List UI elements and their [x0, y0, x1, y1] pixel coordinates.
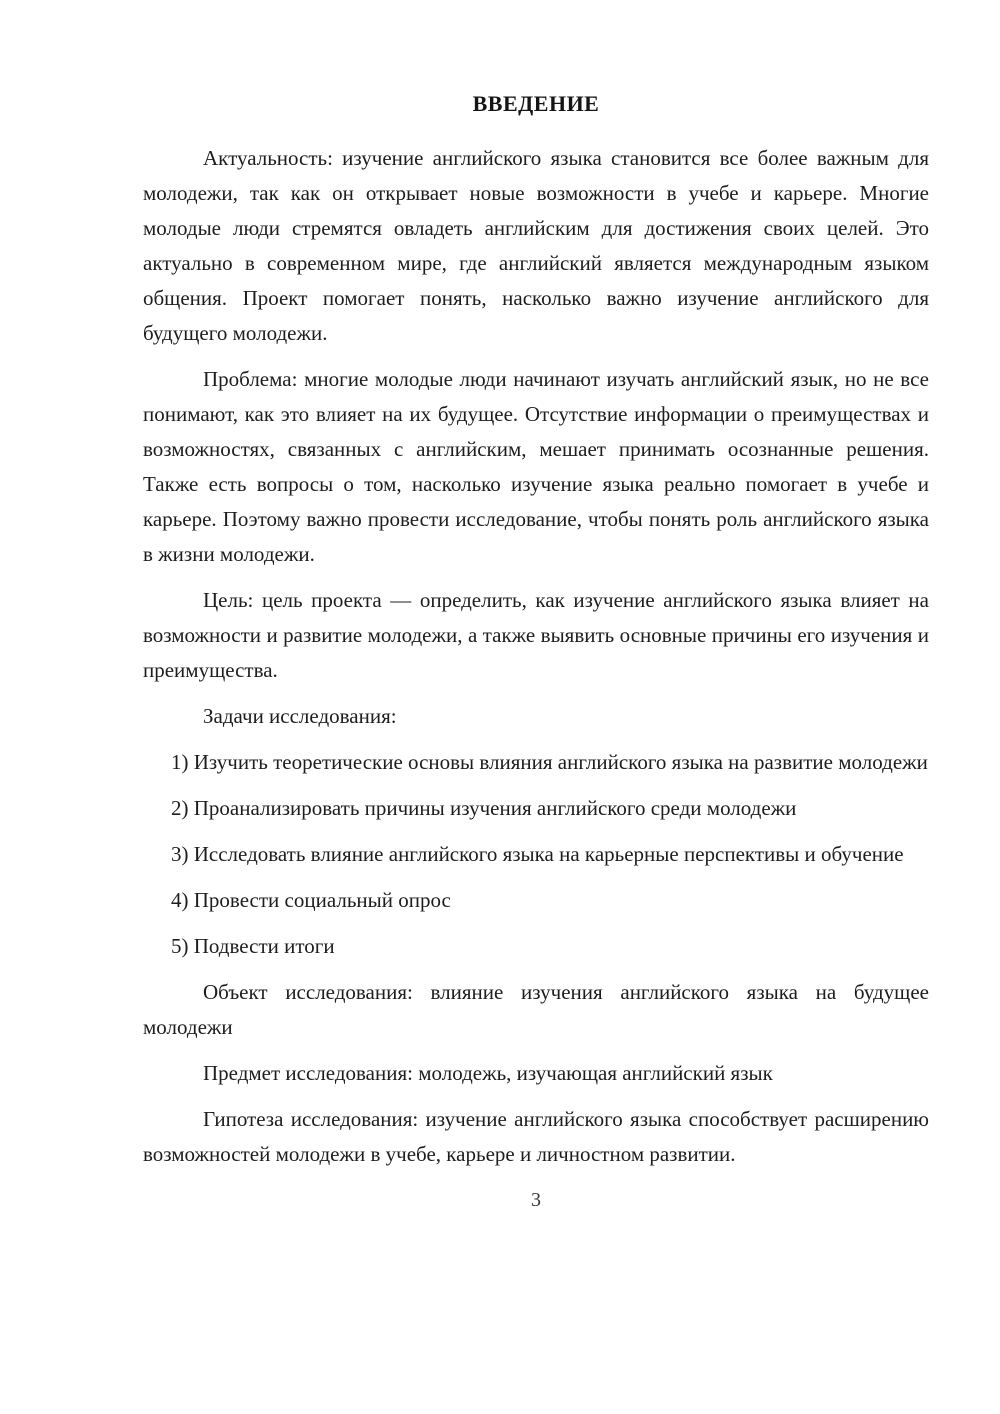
document-page: ВВЕДЕНИЕ Актуальность: изучение английск…: [0, 0, 1000, 1414]
paragraph-goal: Цель: цель проекта — определить, как изу…: [143, 583, 929, 688]
paragraph-hypothesis: Гипотеза исследования: изучение английск…: [143, 1102, 929, 1172]
paragraph-relevance: Актуальность: изучение английского языка…: [143, 141, 929, 351]
task-list-item: 5) Подвести итоги: [143, 929, 929, 964]
page-number: 3: [143, 1183, 929, 1218]
task-list-item: 4) Провести социальный опрос: [143, 883, 929, 918]
task-list-item: 1) Изучить теоретические основы влияния …: [143, 745, 929, 780]
task-list-item: 3) Исследовать влияние английского языка…: [143, 837, 929, 872]
tasks-section-label: Задачи исследования:: [143, 699, 929, 734]
page-title: ВВЕДЕНИЕ: [143, 86, 929, 121]
paragraph-problem: Проблема: многие молодые люди начинают и…: [143, 362, 929, 572]
paragraph-subject: Предмет исследования: молодежь, изучающа…: [143, 1056, 929, 1091]
task-list-item: 2) Проанализировать причины изучения анг…: [143, 791, 929, 826]
paragraph-object: Объект исследования: влияние изучения ан…: [143, 975, 929, 1045]
